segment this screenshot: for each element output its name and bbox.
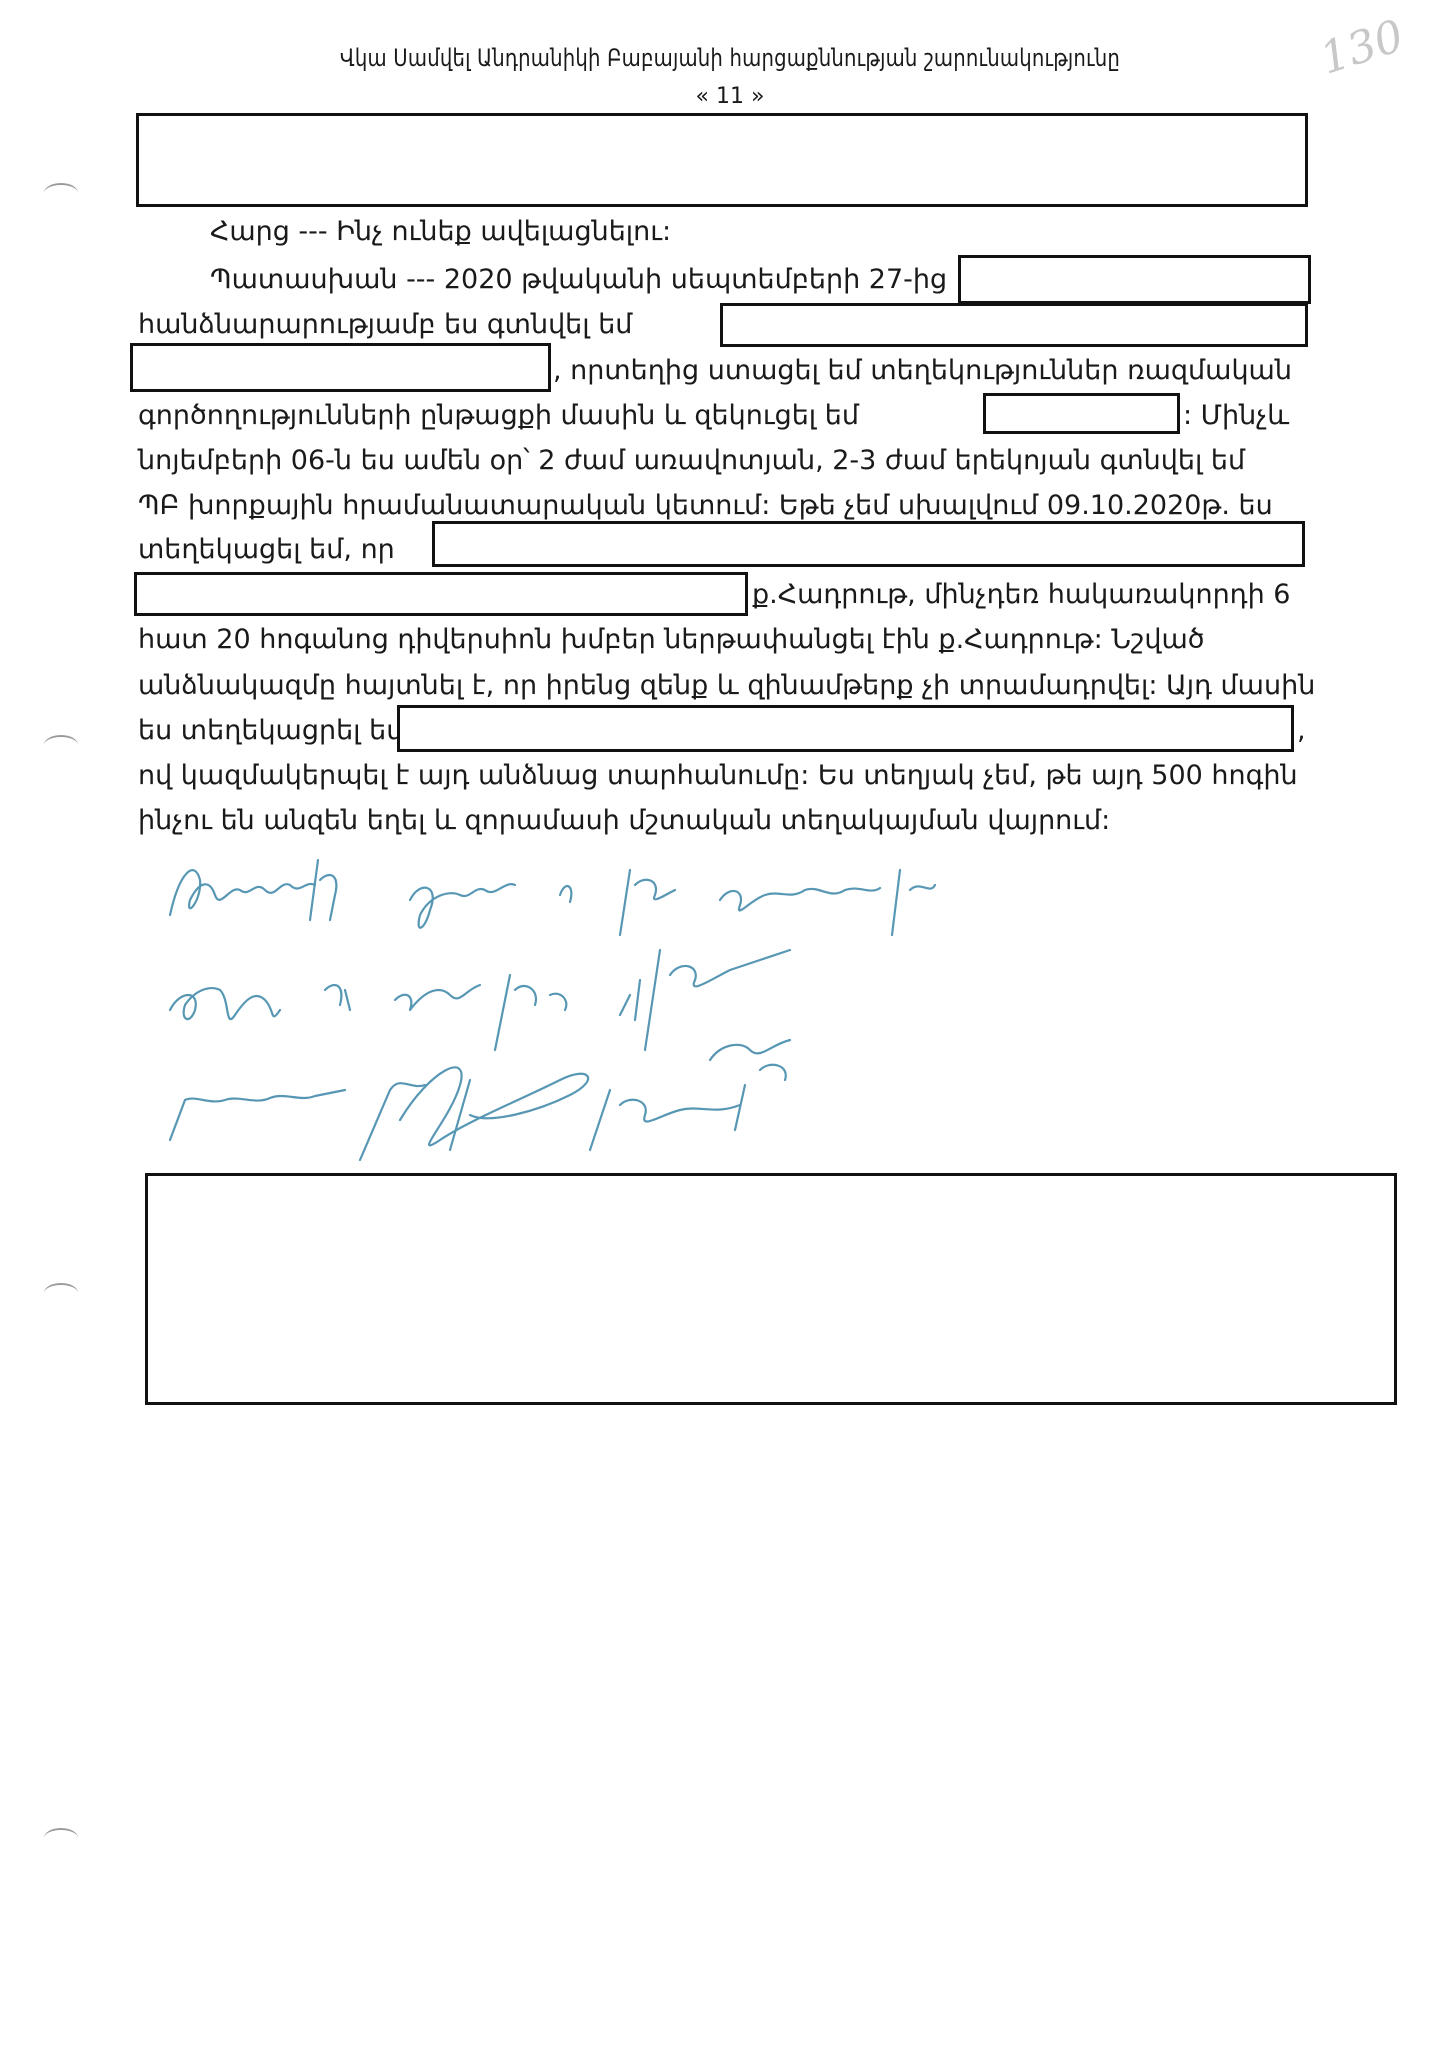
answer-line: նոյեմբերի 06-ն ես ամեն օր՝ 2 ժամ առավոտյ… — [138, 447, 1245, 474]
answer-line: , որտեղից ստացել եմ տեղեկություններ ռազմ… — [553, 357, 1292, 384]
answer-line: ՊԲ խորքային հրամանատարական կետում: Եթե չ… — [138, 492, 1273, 519]
answer-line: գործողությունների ընթացքի մասին և զեկուց… — [138, 402, 859, 429]
punch-hole-mark — [44, 735, 78, 755]
assignment-redaction — [720, 303, 1308, 347]
question-text: Հարց --- Ինչ ունեք ավելացնելու: — [210, 218, 671, 245]
answer-line: ք.Հադրութ, մինչդեռ հակառակորդի 6 — [752, 581, 1290, 608]
punch-hole-mark — [44, 1828, 78, 1848]
answer-line: Պատասխան --- 2020 թվականի սեպտեմբերի 27-… — [210, 266, 947, 293]
handwritten-note — [140, 840, 1440, 1180]
margin-page-number: 130 — [1314, 10, 1410, 84]
answer-line: հատ 20 հոգանոց դիվերսիոն խմբեր ներթափանց… — [138, 626, 1205, 653]
document-page: 130 Վկա Սամվել Անդրանիկի Բաբայանի հարցաք… — [0, 0, 1446, 2048]
punch-hole-mark — [44, 1283, 78, 1303]
answer-line: հանձնարարությամբ ես գտնվել եմ — [138, 311, 632, 338]
place-redaction — [134, 572, 748, 616]
answer-line: անձնակազմը հայտնել է, որ իրենց զենք և զի… — [138, 672, 1315, 699]
footer-redaction — [145, 1173, 1397, 1405]
header-redaction — [136, 113, 1308, 207]
reported-to-redaction — [983, 393, 1180, 434]
informed-person-redaction — [397, 705, 1294, 752]
answer-line: ես տեղեկացրել եմ — [138, 717, 403, 744]
answer-line: ինչու են անզեն եղել և զորամասի մշտական տ… — [138, 807, 1110, 834]
answer-line: : Մինչև — [1183, 402, 1289, 429]
informed-that-redaction — [432, 521, 1305, 567]
answer-line: ով կազմակերպել է այդ անձնաց տարհանումը: … — [138, 762, 1298, 789]
date-continuation-redaction — [958, 255, 1311, 304]
location-redaction — [130, 343, 551, 392]
punch-hole-mark — [44, 183, 78, 203]
page-label: « 11 » — [140, 84, 1320, 109]
document-title: Վկա Սամվել Անդրանիկի Բաբայանի հարցաքննու… — [246, 44, 1214, 72]
answer-line: տեղեկացել եմ, որ — [138, 536, 395, 563]
answer-line: , — [1297, 717, 1306, 744]
